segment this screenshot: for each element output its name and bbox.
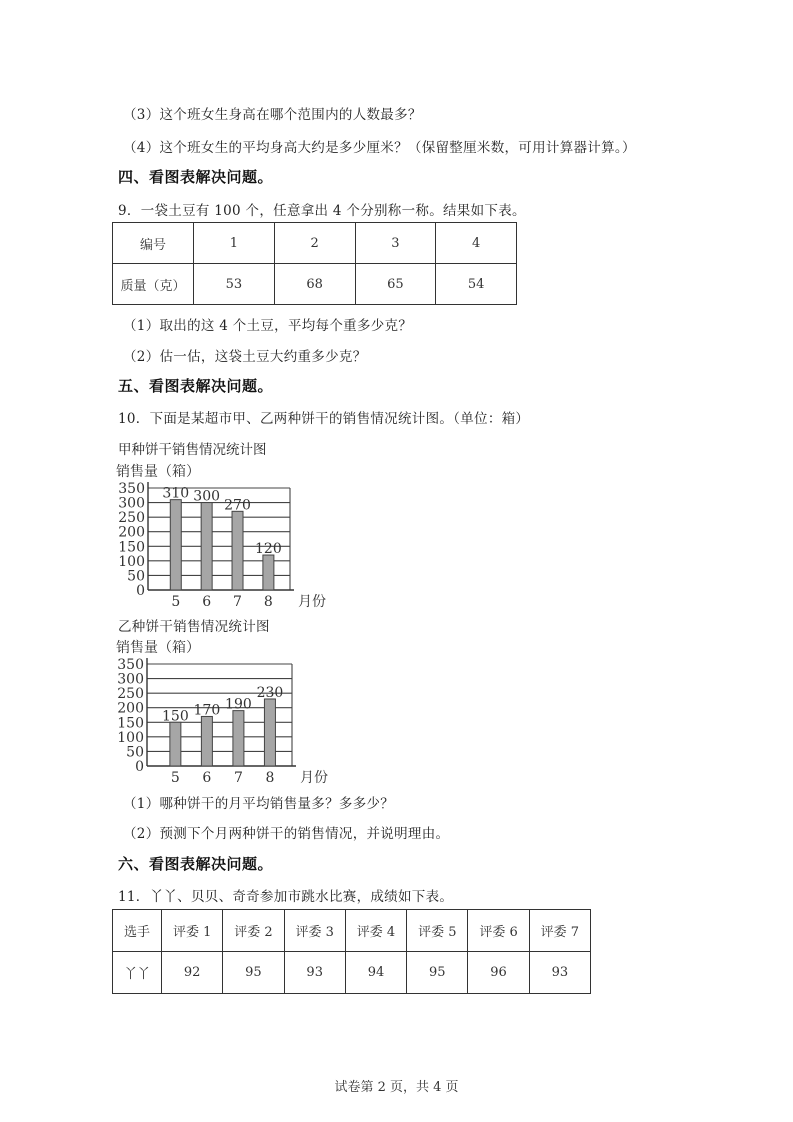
table-cell: 选手 bbox=[113, 910, 162, 952]
bar-chart-svg: 销售量（箱） 050100150200250300350310530062707… bbox=[110, 460, 330, 610]
x-tick-label: 6 bbox=[202, 770, 211, 786]
table-cell: 评委 5 bbox=[407, 910, 468, 952]
x-tick-label: 5 bbox=[171, 594, 180, 610]
bar bbox=[170, 722, 181, 766]
y-tick-label: 200 bbox=[118, 525, 145, 541]
y-tick-label: 0 bbox=[135, 759, 144, 775]
table-cell: 1 bbox=[194, 223, 275, 264]
bar bbox=[201, 503, 212, 590]
question-9-1: （1）取出的这 4 个土豆，平均每个重多少克？ bbox=[123, 314, 412, 334]
bar-value-label: 270 bbox=[224, 497, 251, 513]
y-tick-label: 300 bbox=[118, 496, 145, 512]
x-tick-label: 7 bbox=[233, 594, 242, 610]
bar-value-label: 170 bbox=[194, 702, 221, 718]
question-10-1: （1）哪种饼干的月平均销售量多？多多少？ bbox=[123, 792, 394, 812]
table-cell: 93 bbox=[529, 952, 590, 994]
y-tick-label: 50 bbox=[127, 568, 145, 584]
table-cell: 编号 bbox=[113, 223, 194, 264]
table-cell: 2 bbox=[274, 223, 355, 264]
table-cell: 丫丫 bbox=[113, 952, 162, 994]
bar-value-label: 310 bbox=[162, 486, 189, 502]
page-footer: 试卷第 2 页，共 4 页 bbox=[0, 1076, 793, 1095]
chart-jia-biscuit: 甲种饼干销售情况统计图 销售量（箱） 050100150200250300350… bbox=[118, 438, 338, 608]
section-4-heading: 四、看图表解决问题。 bbox=[118, 166, 273, 187]
y-tick-label: 100 bbox=[117, 730, 144, 746]
y-tick-label: 300 bbox=[117, 672, 144, 688]
x-tick-label: 6 bbox=[202, 594, 211, 610]
table-cell: 评委 7 bbox=[529, 910, 590, 952]
problem-9: 9．一袋土豆有 100 个，任意拿出 4 个分别称一称。结果如下表。 bbox=[118, 199, 526, 219]
y-tick-label: 100 bbox=[118, 554, 145, 570]
table-cell: 94 bbox=[345, 952, 406, 994]
table-cell: 评委 2 bbox=[223, 910, 284, 952]
y-tick-label: 350 bbox=[117, 657, 144, 673]
y-tick-label: 200 bbox=[117, 701, 144, 717]
table-row: 丫丫 92 95 93 94 95 96 93 bbox=[113, 952, 591, 994]
table-cell: 评委 4 bbox=[345, 910, 406, 952]
chart-title: 甲种饼干销售情况统计图 bbox=[118, 438, 267, 458]
chart-plot: 0501001502002503003503105300627071208月份 bbox=[118, 481, 326, 610]
section-5-heading: 五、看图表解决问题。 bbox=[118, 375, 273, 396]
question-9-2: （2）估一估，这袋土豆大约重多少克？ bbox=[123, 345, 367, 365]
x-axis-label: 月份 bbox=[298, 594, 326, 610]
y-tick-label: 150 bbox=[117, 715, 144, 731]
bar-value-label: 230 bbox=[257, 685, 284, 701]
table-cell: 评委 1 bbox=[162, 910, 223, 952]
y-tick-label: 350 bbox=[118, 481, 145, 497]
table-header-row: 编号 1 2 3 4 bbox=[113, 223, 517, 264]
section-6-heading: 六、看图表解决问题。 bbox=[118, 853, 273, 874]
question-3: （3）这个班女生身高在哪个范围内的人数最多？ bbox=[123, 103, 422, 123]
table-cell: 53 bbox=[194, 264, 275, 305]
table-cell: 54 bbox=[436, 264, 517, 305]
bar bbox=[232, 511, 243, 590]
table-cell: 95 bbox=[407, 952, 468, 994]
x-tick-label: 7 bbox=[234, 770, 243, 786]
table-cell: 4 bbox=[436, 223, 517, 264]
x-tick-label: 8 bbox=[264, 594, 273, 610]
y-tick-label: 250 bbox=[118, 510, 145, 526]
bar bbox=[170, 500, 181, 590]
table-cell: 质量（克） bbox=[113, 264, 194, 305]
table-cell: 93 bbox=[284, 952, 345, 994]
x-tick-label: 8 bbox=[265, 770, 274, 786]
table-cell: 3 bbox=[355, 223, 436, 264]
bar-value-label: 120 bbox=[255, 541, 282, 557]
x-axis-label: 月份 bbox=[300, 770, 328, 786]
problem-10: 10．下面是某超市甲、乙两种饼干的销售情况统计图。（单位：箱） bbox=[118, 407, 529, 427]
y-tick-label: 250 bbox=[117, 686, 144, 702]
y-axis-label: 销售量（箱） bbox=[116, 463, 200, 480]
table-row: 质量（克） 53 68 65 54 bbox=[113, 264, 517, 305]
table-header-row: 选手 评委 1 评委 2 评委 3 评委 4 评委 5 评委 6 评委 7 bbox=[113, 910, 591, 952]
y-tick-label: 0 bbox=[136, 583, 145, 599]
y-axis-label: 销售量（箱） bbox=[116, 639, 200, 656]
bar-value-label: 190 bbox=[225, 697, 252, 713]
chart-plot: 0501001502002503003501505170619072308月份 bbox=[117, 657, 328, 786]
bar bbox=[201, 716, 212, 766]
table-cell: 95 bbox=[223, 952, 284, 994]
x-tick-label: 5 bbox=[171, 770, 180, 786]
table-cell: 96 bbox=[468, 952, 529, 994]
chart-yi-biscuit: 销售量（箱） 050100150200250300350150517061907… bbox=[118, 614, 338, 789]
table-cell: 评委 6 bbox=[468, 910, 529, 952]
question-10-2: （2）预测下个月两种饼干的销售情况，并说明理由。 bbox=[123, 822, 449, 842]
potato-weight-table: 编号 1 2 3 4 质量（克） 53 68 65 54 bbox=[112, 222, 517, 305]
table-cell: 65 bbox=[355, 264, 436, 305]
bar bbox=[263, 555, 274, 590]
problem-11: 11．丫丫、贝贝、奇奇参加市跳水比赛，成绩如下表。 bbox=[118, 885, 453, 905]
bar-chart-svg: 销售量（箱） 050100150200250300350150517061907… bbox=[110, 636, 330, 796]
y-tick-label: 50 bbox=[126, 744, 144, 760]
bar-value-label: 300 bbox=[193, 489, 220, 505]
question-4: （4）这个班女生的平均身高大约是多少厘米？（保留整厘米数，可用计算器计算。） bbox=[123, 136, 636, 156]
y-tick-label: 150 bbox=[118, 539, 145, 555]
bar-value-label: 150 bbox=[162, 708, 189, 724]
table-cell: 92 bbox=[162, 952, 223, 994]
bar bbox=[264, 699, 275, 766]
table-cell: 68 bbox=[274, 264, 355, 305]
table-cell: 评委 3 bbox=[284, 910, 345, 952]
bar bbox=[233, 711, 244, 766]
diving-score-table: 选手 评委 1 评委 2 评委 3 评委 4 评委 5 评委 6 评委 7 丫丫… bbox=[112, 909, 591, 994]
